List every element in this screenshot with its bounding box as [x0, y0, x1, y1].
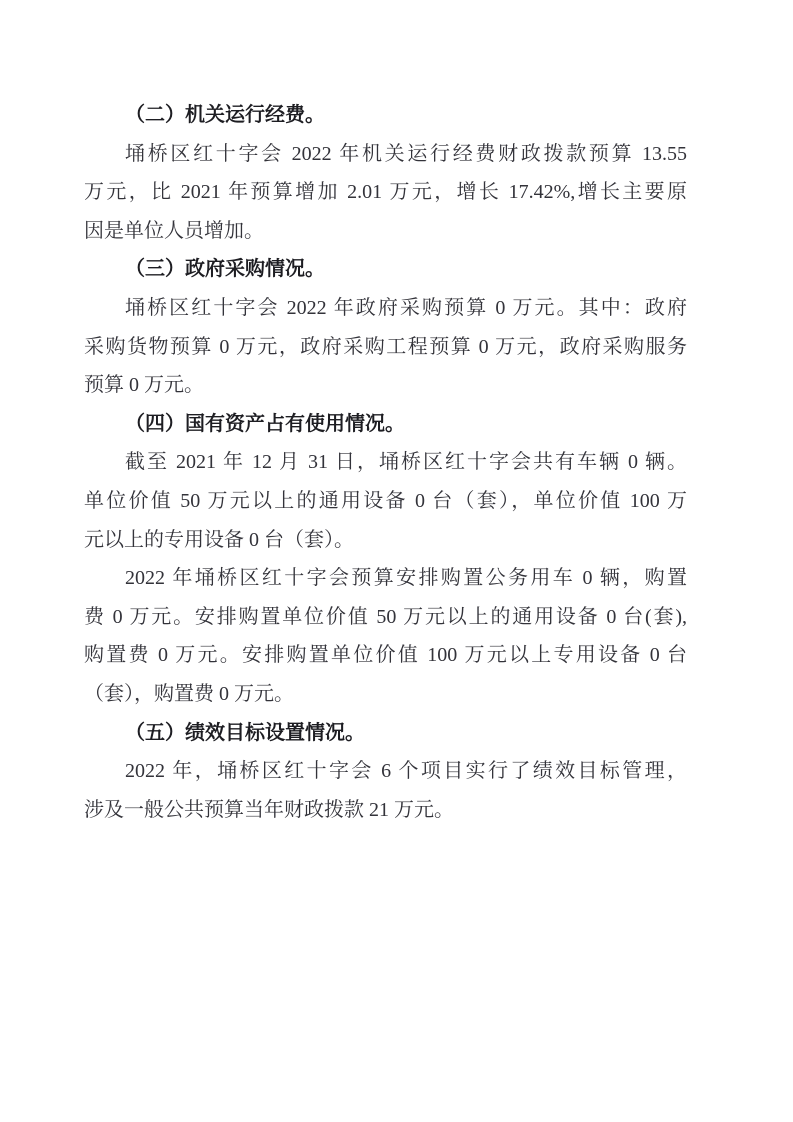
section-heading-3: （三）政府采购情况。 [84, 250, 687, 289]
section-heading-5: （五）绩效目标设置情况。 [84, 714, 687, 753]
document-page: （二）机关运行经费。 埇桥区红十字会 2022 年机关运行经费财政拨款预算 13… [0, 0, 793, 1122]
paragraph-line: 埇桥区红十字会 2022 年政府采购预算 0 万元。其中：政府 [84, 289, 687, 328]
paragraph-line: 截至 2021 年 12 月 31 日，埇桥区红十字会共有车辆 0 辆。 [84, 443, 687, 482]
paragraph-org-operating-funds: 埇桥区红十字会 2022 年机关运行经费财政拨款预算 13.55 万元，比 20… [84, 135, 687, 251]
paragraph-line: 费 0 万元。安排购置单位价值 50 万元以上的通用设备 0 台(套), [84, 598, 687, 637]
paragraph-line: 购置费 0 万元。安排购置单位价值 100 万元以上专用设备 0 台 [84, 636, 687, 675]
paragraph-government-procurement: 埇桥区红十字会 2022 年政府采购预算 0 万元。其中：政府 采购货物预算 0… [84, 289, 687, 405]
paragraph-performance-targets: 2022 年，埇桥区红十字会 6 个项目实行了绩效目标管理， 涉及一般公共预算当… [84, 752, 687, 829]
paragraph-line: 采购货物预算 0 万元，政府采购工程预算 0 万元，政府采购服务 [84, 328, 687, 367]
section-heading-2: （二）机关运行经费。 [84, 96, 687, 135]
paragraph-line: 元以上的专用设备 0 台（套）。 [84, 521, 687, 560]
paragraph-state-assets-current: 截至 2021 年 12 月 31 日，埇桥区红十字会共有车辆 0 辆。 单位价… [84, 443, 687, 559]
section-heading-4: （四）国有资产占有使用情况。 [84, 405, 687, 444]
paragraph-state-assets-planned: 2022 年埇桥区红十字会预算安排购置公务用车 0 辆，购置 费 0 万元。安排… [84, 559, 687, 713]
paragraph-line: 埇桥区红十字会 2022 年机关运行经费财政拨款预算 13.55 [84, 135, 687, 174]
paragraph-line: 万元，比 2021 年预算增加 2.01 万元，增长 17.42%,增长主要原 [84, 173, 687, 212]
paragraph-line: 2022 年，埇桥区红十字会 6 个项目实行了绩效目标管理， [84, 752, 687, 791]
paragraph-line: 预算 0 万元。 [84, 366, 687, 405]
paragraph-line: 涉及一般公共预算当年财政拨款 21 万元。 [84, 791, 687, 830]
document-body: （二）机关运行经费。 埇桥区红十字会 2022 年机关运行经费财政拨款预算 13… [84, 96, 687, 829]
paragraph-line: 因是单位人员增加。 [84, 212, 687, 251]
paragraph-line: 单位价值 50 万元以上的通用设备 0 台（套），单位价值 100 万 [84, 482, 687, 521]
paragraph-line: 2022 年埇桥区红十字会预算安排购置公务用车 0 辆，购置 [84, 559, 687, 598]
paragraph-line: （套），购置费 0 万元。 [84, 675, 687, 714]
